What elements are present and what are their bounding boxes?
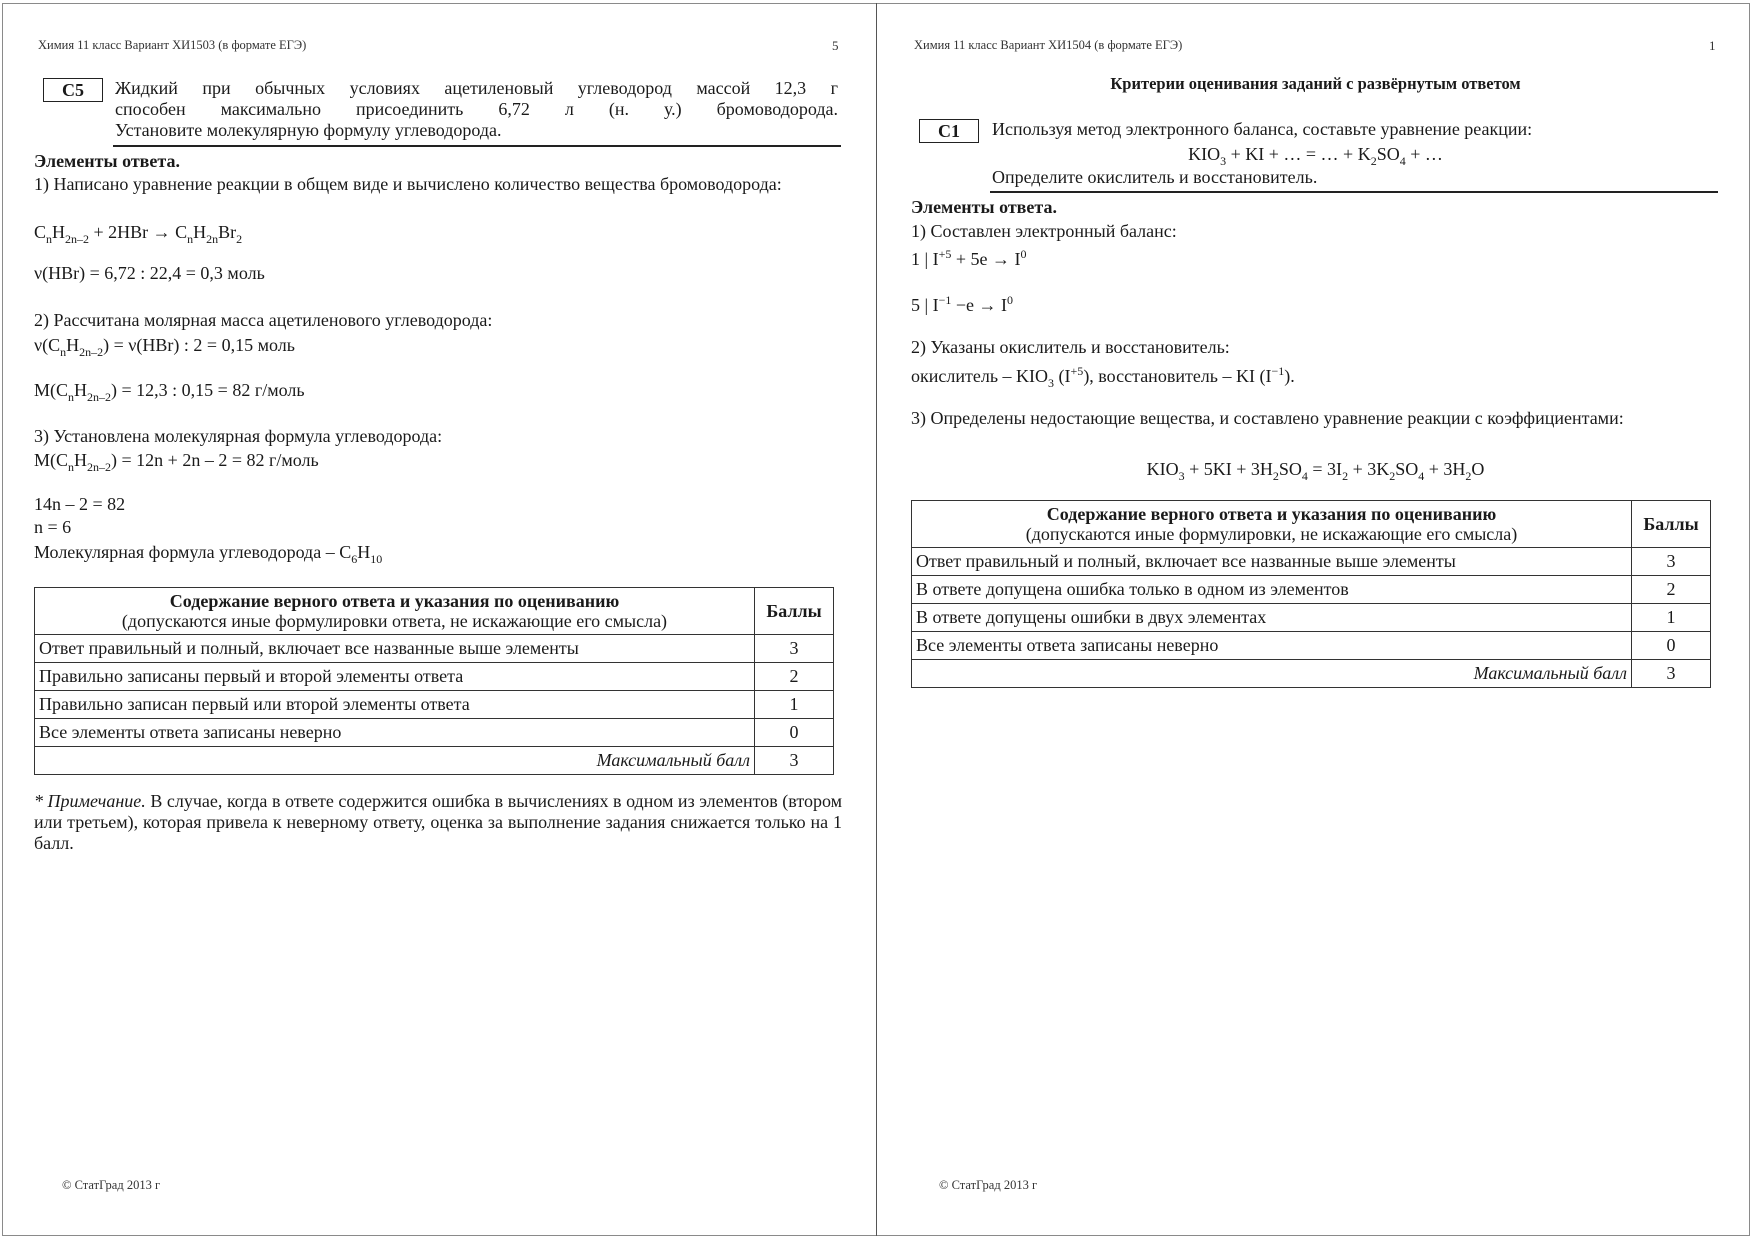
section-title: Критерии оценивания заданий с развёрнуты… (877, 73, 1754, 94)
step2-calc1: ν(CnH2n–2) = ν(HBr) : 2 = 0,15 моль (34, 335, 295, 356)
step1-text: 1) Составлен электронный баланс: (911, 221, 1177, 242)
page-header: Химия 11 класс Вариант ХИ1504 (в формате… (914, 38, 1182, 53)
row-score: 1 (755, 691, 834, 719)
elements-title: Элементы ответа. (34, 151, 180, 172)
row-text: Все элементы ответа записаны неверно (35, 719, 755, 747)
right-page: Химия 11 класс Вариант ХИ1504 (в формате… (877, 0, 1754, 1239)
header-main: Содержание верного ответа и указания по … (39, 591, 750, 611)
task-label: С1 (919, 119, 979, 143)
table-header-row: Содержание верного ответа и указания по … (912, 501, 1711, 548)
page-footer: © СтатГрад 2013 г (62, 1178, 160, 1193)
header-content: Содержание верного ответа и указания по … (912, 501, 1632, 548)
row-score: 2 (755, 663, 834, 691)
task-line: Жидкий при обычных условиях ацетиленовый… (115, 78, 838, 99)
task-line: Установите молекулярную формулу углеводо… (115, 120, 838, 141)
max-label: Максимальный балл (912, 660, 1632, 688)
task-line2: Определите окислитель и восстановитель. (992, 167, 1317, 188)
task-line1: Используя метод электронного баланса, со… (992, 119, 1532, 140)
table-row: Правильно записан первый или второй элем… (35, 691, 834, 719)
task-underline (113, 145, 841, 147)
step1-balance2: 5 | I−1 −e → I0 (911, 295, 1013, 316)
step3-equation: KIO3 + 5KI + 3H2SO4 = 3I2 + 3K2SO4 + 3H2… (877, 459, 1754, 480)
row-score: 0 (1632, 632, 1711, 660)
step3-text: 3) Определены недостающие вещества, и со… (911, 408, 1719, 429)
header-main: Содержание верного ответа и указания по … (916, 504, 1627, 524)
step3-text: 3) Установлена молекулярная формула угле… (34, 426, 442, 447)
step1-equation: CnH2n–2 + 2HBr → CnH2nBr2 (34, 222, 242, 243)
scoring-table: Содержание верного ответа и указания по … (34, 587, 834, 775)
max-score: 3 (755, 747, 834, 775)
table-header-row: Содержание верного ответа и указания по … (35, 588, 834, 635)
task-label: С5 (43, 78, 103, 102)
table-row: Правильно записаны первый и второй элеме… (35, 663, 834, 691)
row-text: В ответе допущены ошибки в двух элемента… (912, 604, 1632, 632)
row-text: В ответе допущена ошибка только в одном … (912, 576, 1632, 604)
step2-text: 2) Рассчитана молярная масса ацетиленово… (34, 310, 492, 331)
row-text: Ответ правильный и полный, включает все … (35, 635, 755, 663)
header-content: Содержание верного ответа и указания по … (35, 588, 755, 635)
header-score: Баллы (1632, 501, 1711, 548)
task-equation: KIO3 + KI + … = … + K2SO4 + … (877, 144, 1754, 165)
step1-balance1: 1 | I+5 + 5e → I0 (911, 249, 1027, 270)
page-header: Химия 11 класс Вариант ХИ1503 (в формате… (38, 38, 306, 53)
header-sub: (допускаются иные формулировки ответа, н… (39, 611, 750, 631)
step3-result: Молекулярная формула углеводорода – C6H1… (34, 542, 382, 563)
max-label: Максимальный балл (35, 747, 755, 775)
left-page: Химия 11 класс Вариант ХИ1503 (в формате… (0, 0, 876, 1239)
row-text: Правильно записаны первый и второй элеме… (35, 663, 755, 691)
table-row: Все элементы ответа записаны неверно0 (912, 632, 1711, 660)
table-row: Ответ правильный и полный, включает все … (912, 548, 1711, 576)
row-text: Правильно записан первый или второй элем… (35, 691, 755, 719)
page-number: 1 (1709, 38, 1716, 54)
header-score: Баллы (755, 588, 834, 635)
row-score: 2 (1632, 576, 1711, 604)
max-score: 3 (1632, 660, 1711, 688)
step2-text: 2) Указаны окислитель и восстановитель: (911, 337, 1230, 358)
step1-text: 1) Написано уравнение реакции в общем ви… (34, 174, 842, 195)
table-row: В ответе допущена ошибка только в одном … (912, 576, 1711, 604)
task-text: Жидкий при обычных условиях ацетиленовый… (115, 78, 838, 141)
page-footer: © СтатГрад 2013 г (939, 1178, 1037, 1193)
task-line: способен максимально присоединить 6,72 л… (115, 99, 838, 120)
row-score: 3 (755, 635, 834, 663)
step2-detail: окислитель – KIO3 (I+5), восстановитель … (911, 366, 1295, 387)
row-score: 0 (755, 719, 834, 747)
row-text: Ответ правильный и полный, включает все … (912, 548, 1632, 576)
step3-calc3: n = 6 (34, 517, 71, 538)
elements-title: Элементы ответа. (911, 197, 1057, 218)
step2-calc2: M(CnH2n–2) = 12,3 : 0,15 = 82 г/моль (34, 380, 305, 401)
note-text: В случае, когда в ответе содержится ошиб… (34, 791, 842, 853)
step3-calc2: 14n – 2 = 82 (34, 494, 125, 515)
note-label: * Примечание. (34, 791, 146, 811)
header-sub: (допускаются иные формулировки, не искаж… (916, 524, 1627, 544)
table-row: В ответе допущены ошибки в двух элемента… (912, 604, 1711, 632)
note: * Примечание. В случае, когда в ответе с… (34, 791, 842, 854)
step3-calc1: M(CnH2n–2) = 12n + 2n – 2 = 82 г/моль (34, 450, 319, 471)
table-max-row: Максимальный балл3 (35, 747, 834, 775)
table-max-row: Максимальный балл3 (912, 660, 1711, 688)
row-score: 1 (1632, 604, 1711, 632)
row-score: 3 (1632, 548, 1711, 576)
table-row: Все элементы ответа записаны неверно0 (35, 719, 834, 747)
row-text: Все элементы ответа записаны неверно (912, 632, 1632, 660)
page-number: 5 (832, 38, 839, 54)
scoring-table: Содержание верного ответа и указания по … (911, 500, 1711, 688)
step1-calc: ν(HBr) = 6,72 : 22,4 = 0,3 моль (34, 263, 265, 284)
task-underline (990, 191, 1718, 193)
table-row: Ответ правильный и полный, включает все … (35, 635, 834, 663)
